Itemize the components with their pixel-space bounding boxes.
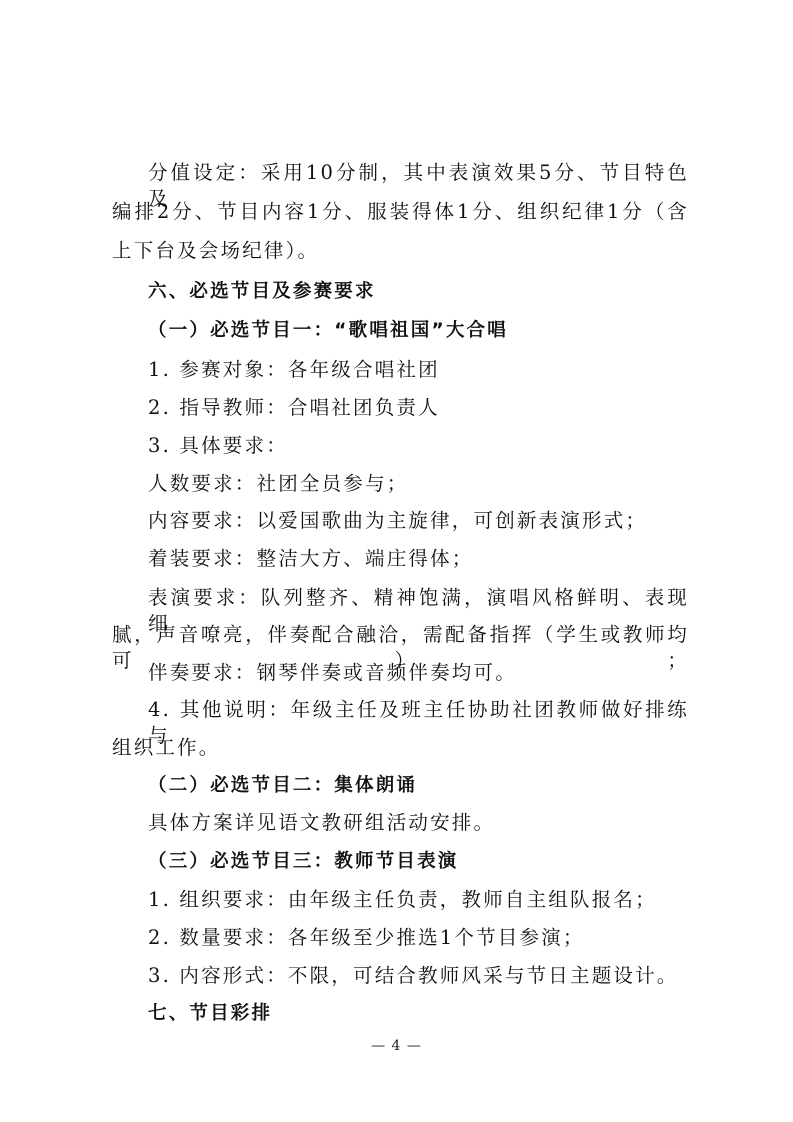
document-page: 分值设定：采用10分制，其中表演效果5分、节目特色及 编排2分、节目内容1分、服… xyxy=(0,0,793,1122)
list-item-continued: 组织工作。 xyxy=(112,735,689,761)
subsection-heading-3: （三）必选节目三：教师节目表演 xyxy=(148,849,689,875)
page-number: — 4 — xyxy=(0,1038,793,1054)
paragraph: 具体方案详见语文教研组活动安排。 xyxy=(148,810,689,836)
section-heading-7: 七、节目彩排 xyxy=(148,1001,689,1027)
paragraph-scoring-line-3: 上下台及会场纪律）。 xyxy=(112,238,689,264)
list-item: 1. 参赛对象：各年级合唱社团 xyxy=(148,357,689,383)
section-heading-6: 六、必选节目及参赛要求 xyxy=(148,279,689,305)
list-item: 2. 数量要求：各年级至少推选1个节目参演； xyxy=(148,925,689,951)
requirement-line: 伴奏要求：钢琴伴奏或音频伴奏均可。 xyxy=(148,660,689,686)
requirement-line: 人数要求：社团全员参与； xyxy=(148,471,689,497)
paragraph-scoring-line-2: 编排2分、节目内容1分、服装得体1分、组织纪律1分（含 xyxy=(112,199,689,225)
list-item: 3. 内容形式：不限，可结合教师风采与节日主题设计。 xyxy=(148,963,689,989)
list-item: 1. 组织要求：由年级主任负责，教师自主组队报名； xyxy=(148,887,689,913)
subsection-heading-2: （二）必选节目二：集体朗诵 xyxy=(148,773,689,799)
subsection-heading-1: （一）必选节目一：“歌唱祖国”大合唱 xyxy=(148,318,689,344)
requirement-line: 着装要求：整洁大方、端庄得体； xyxy=(148,546,689,572)
list-item: 3. 具体要求： xyxy=(148,433,689,459)
list-item: 2. 指导教师：合唱社团负责人 xyxy=(148,395,689,421)
requirement-line: 内容要求：以爱国歌曲为主旋律，可创新表演形式； xyxy=(148,508,689,534)
